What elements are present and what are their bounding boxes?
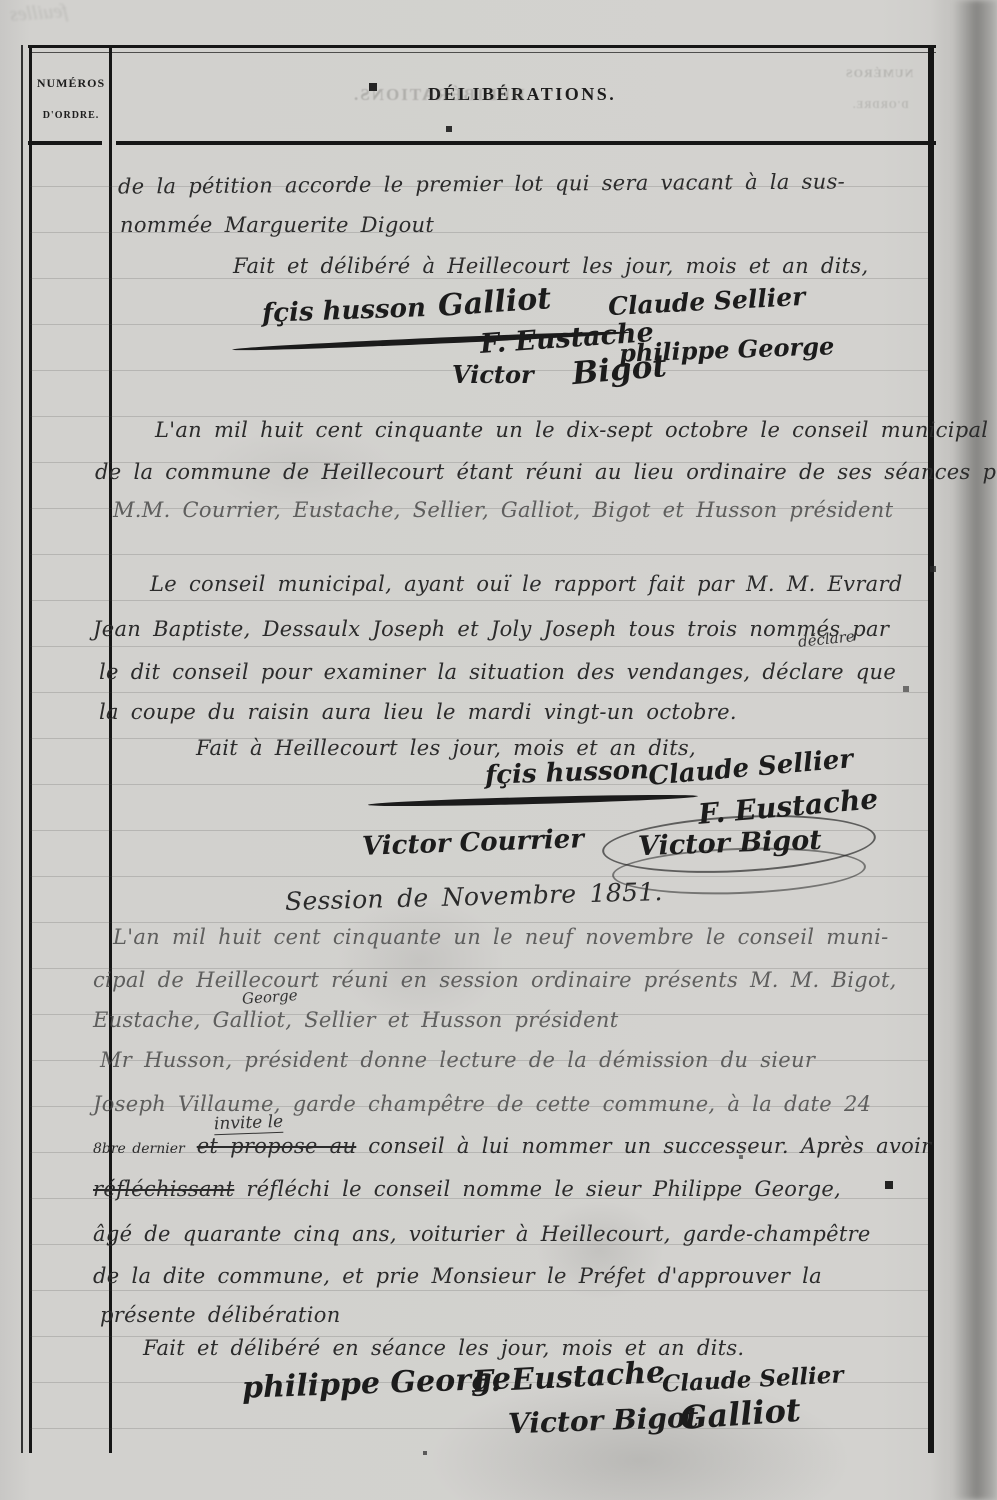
handwritten-line: de la commune de Heillecourt étant réuni… [95, 460, 997, 484]
handwritten-text: conseil à lui nommer un successeur. Aprè… [368, 1134, 931, 1158]
margin-note: 8bre dernier [93, 1141, 185, 1157]
inserted-word: George [241, 986, 298, 1008]
section-heading: Session de Novembre 1851. [285, 877, 663, 916]
signature-flourish-stroke [368, 793, 698, 809]
order-column-bleedthrough-subtext: D'ORDRE. [852, 100, 909, 111]
handwritten-line: le dit conseil pour examiner la situatio… [99, 660, 896, 684]
handwritten-text: déclare que [762, 660, 896, 684]
ink-specks [0, 0, 2, 2]
signature: Galliot [679, 1391, 802, 1437]
frame-right-rule [928, 45, 934, 1453]
handwritten-line: réfléchissant réfléchi le conseil nomme … [93, 1177, 841, 1201]
handwritten-line: Eustache, Galliot, Sellier et Husson pré… [93, 1008, 618, 1032]
handwritten-text: réfléchi le conseil nomme le sieur Phili… [246, 1177, 841, 1201]
handwritten-line: présente délibération [100, 1303, 341, 1327]
signature: fçis husson [485, 755, 650, 791]
handwritten-line: Joseph Villaume, garde champêtre de cett… [93, 1092, 871, 1116]
frame-left-rule-outer [21, 45, 23, 1453]
handwritten-line: âgé de quarante cinq ans, voiturier à He… [93, 1222, 871, 1246]
handwritten-line: L'an mil huit cent cinquante un le neuf … [113, 925, 889, 949]
handwritten-line: cipal de Heillecourt réuni en session or… [93, 968, 897, 992]
register-page-scan: NUMÉROS D'ORDRE. DÉLIBÉRATIONS. DÉLIBÉRA… [0, 0, 997, 1500]
handwritten-line: M.M. Courrier, Eustache, Sellier, Gallio… [113, 498, 893, 522]
signature: Bigot [571, 348, 668, 392]
signature: Victor Bigot [507, 1401, 699, 1441]
order-column-subheader: D'ORDRE. [36, 110, 106, 121]
signature: Claude Sellier [607, 282, 806, 321]
handwritten-line: Mr Husson, président donne lecture de la… [100, 1048, 815, 1072]
handwritten-line: Jean Baptiste, Dessaulx Joseph et Joly J… [93, 617, 889, 641]
order-column-bleedthrough-text: NUMÉROS [845, 66, 913, 81]
title-bleedthrough-text: DÉLIBÉRATIONS. [352, 85, 525, 105]
struck-word: réfléchissant [93, 1177, 234, 1201]
handwritten-line: nommée Marguerite Digout [120, 213, 434, 237]
handwritten-text: Sellier et Husson président [304, 1008, 618, 1032]
header-separator-main [116, 141, 936, 145]
frame-top-rule-inner [32, 52, 936, 53]
handwritten-line: la coupe du raisin aura lieu le mardi vi… [99, 700, 737, 724]
header-separator-left [28, 141, 102, 145]
handwritten-line: de la dite commune, et prie Monsieur le … [93, 1264, 822, 1288]
handwritten-line: Le conseil municipal, ayant ouï le rappo… [150, 572, 903, 596]
signature: Victor Courrier [362, 824, 585, 862]
handwritten-line: 8bre dernier et propose au conseil à lui… [93, 1134, 931, 1158]
inserted-words: invite le [214, 1112, 284, 1135]
handwritten-line: L'an mil huit cent cinquante un le dix-s… [155, 418, 988, 442]
frame-top-rule [28, 45, 936, 48]
order-column-header: NUMÉROS [36, 76, 106, 91]
frame-left-rule-inner [29, 45, 32, 1453]
handwritten-text: le dit conseil pour examiner la situatio… [99, 660, 750, 684]
closing-formula-line: Fait et délibéré à Heillecourt les jour,… [233, 254, 868, 278]
corner-bleedthrough-text: feuilles [9, 0, 68, 27]
handwritten-line: de la pétition accorde le premier lot qu… [118, 169, 845, 198]
page-gutter-shadow [952, 0, 997, 1500]
struck-words: et propose au [197, 1134, 357, 1158]
signature: Victor [452, 360, 534, 389]
signature: Claude Sellier [661, 1361, 844, 1397]
signature: Galliot [437, 281, 552, 324]
handwritten-text: Eustache, Galliot, [93, 1008, 292, 1032]
signature: fçis husson [262, 293, 427, 329]
